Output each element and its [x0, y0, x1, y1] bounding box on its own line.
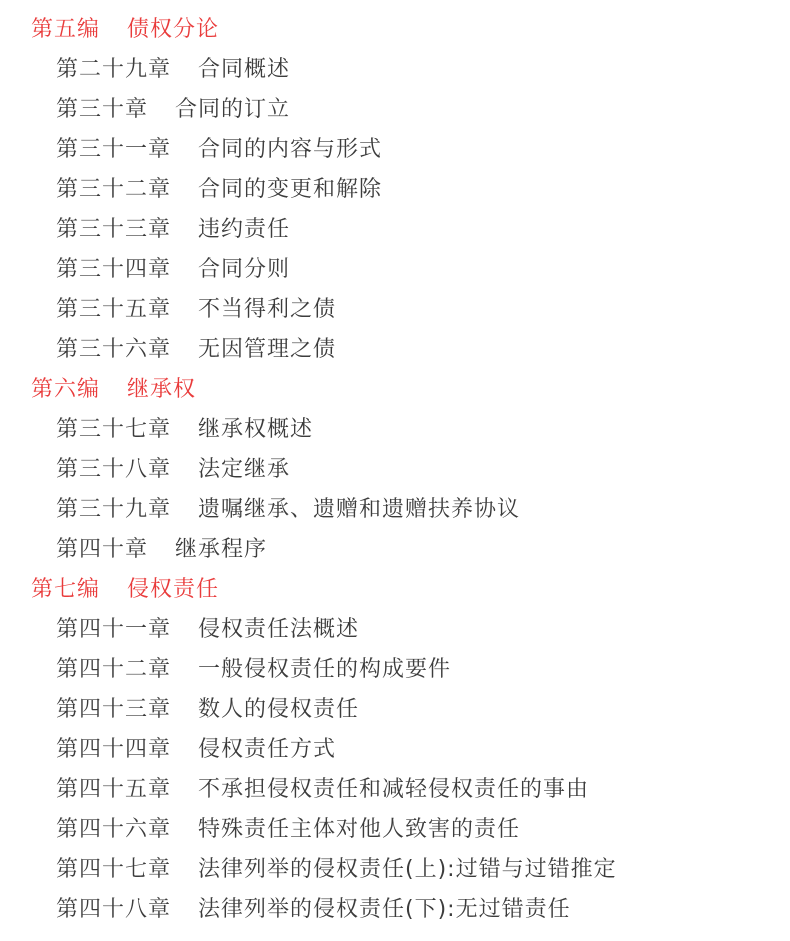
chapter-row: 第三十八章法定继承 — [0, 447, 790, 487]
chapter-row: 第四十三章数人的侵权责任 — [0, 687, 790, 727]
part-header-row: 第六编继承权 — [0, 367, 790, 407]
chapter-number: 第三十二章 — [56, 172, 171, 203]
chapter-row: 第四十二章一般侵权责任的构成要件 — [0, 647, 790, 687]
chapter-number: 第三十四章 — [56, 252, 171, 283]
chapter-number: 第三十三章 — [56, 212, 171, 243]
chapter-row: 第四十五章不承担侵权责任和减轻侵权责任的事由 — [0, 767, 790, 807]
chapter-row: 第二十九章合同概述 — [0, 47, 790, 87]
chapter-title: 合同的变更和解除 — [198, 172, 382, 203]
chapter-number: 第三十章 — [56, 92, 148, 123]
chapter-number: 第三十一章 — [56, 132, 171, 163]
chapter-number: 第三十六章 — [56, 332, 171, 363]
chapter-title: 数人的侵权责任 — [198, 692, 359, 723]
chapter-title: 无因管理之债 — [198, 332, 336, 363]
toc-page: 第五编债权分论第二十九章合同概述第三十章合同的订立第三十一章合同的内容与形式第三… — [0, 0, 790, 941]
chapter-row: 第三十六章无因管理之债 — [0, 327, 790, 367]
chapter-number: 第四十三章 — [56, 692, 171, 723]
chapter-title: 不承担侵权责任和减轻侵权责任的事由 — [198, 772, 589, 803]
chapter-title: 合同分则 — [198, 252, 290, 283]
part-number: 第五编 — [31, 12, 100, 43]
chapter-number: 第四十二章 — [56, 652, 171, 683]
chapter-row: 第三十七章继承权概述 — [0, 407, 790, 447]
chapter-title: 法律列举的侵权责任(上):过错与过错推定 — [198, 852, 617, 883]
chapter-title: 合同概述 — [198, 52, 290, 83]
chapter-row: 第四十章继承程序 — [0, 527, 790, 567]
chapter-title: 继承程序 — [175, 532, 267, 563]
chapter-title: 合同的内容与形式 — [198, 132, 382, 163]
chapter-number: 第四十六章 — [56, 812, 171, 843]
chapter-row: 第三十四章合同分则 — [0, 247, 790, 287]
chapter-number: 第三十九章 — [56, 492, 171, 523]
chapter-number: 第四十七章 — [56, 852, 171, 883]
chapter-title: 不当得利之债 — [198, 292, 336, 323]
chapter-row: 第三十五章不当得利之债 — [0, 287, 790, 327]
chapter-title: 法律列举的侵权责任(下):无过错责任 — [198, 892, 571, 923]
chapter-title: 遗嘱继承、遗赠和遗赠扶养协议 — [198, 492, 520, 523]
chapter-row: 第三十一章合同的内容与形式 — [0, 127, 790, 167]
part-header-row: 第七编侵权责任 — [0, 567, 790, 607]
chapter-row: 第四十六章特殊责任主体对他人致害的责任 — [0, 807, 790, 847]
chapter-row: 第三十九章遗嘱继承、遗赠和遗赠扶养协议 — [0, 487, 790, 527]
part-title: 继承权 — [127, 372, 196, 403]
chapter-number: 第四十章 — [56, 532, 148, 563]
part-title: 侵权责任 — [127, 572, 219, 603]
chapter-row: 第三十二章合同的变更和解除 — [0, 167, 790, 207]
chapter-row: 第四十一章侵权责任法概述 — [0, 607, 790, 647]
chapter-title: 继承权概述 — [198, 412, 313, 443]
part-number: 第六编 — [31, 372, 100, 403]
part-title: 债权分论 — [127, 12, 219, 43]
chapter-title: 法定继承 — [198, 452, 290, 483]
chapter-number: 第三十八章 — [56, 452, 171, 483]
chapter-number: 第二十九章 — [56, 52, 171, 83]
chapter-row: 第四十七章法律列举的侵权责任(上):过错与过错推定 — [0, 847, 790, 887]
chapter-number: 第四十八章 — [56, 892, 171, 923]
chapter-number: 第四十一章 — [56, 612, 171, 643]
chapter-title: 合同的订立 — [175, 92, 290, 123]
chapter-row: 第四十八章法律列举的侵权责任(下):无过错责任 — [0, 887, 790, 927]
part-header-row: 第五编债权分论 — [0, 7, 790, 47]
chapter-row: 第三十三章违约责任 — [0, 207, 790, 247]
chapter-row: 第三十章合同的订立 — [0, 87, 790, 127]
chapter-number: 第三十七章 — [56, 412, 171, 443]
part-number: 第七编 — [31, 572, 100, 603]
chapter-number: 第四十五章 — [56, 772, 171, 803]
chapter-title: 特殊责任主体对他人致害的责任 — [198, 812, 520, 843]
chapter-title: 侵权责任法概述 — [198, 612, 359, 643]
chapter-row: 第四十四章侵权责任方式 — [0, 727, 790, 767]
chapter-title: 一般侵权责任的构成要件 — [198, 652, 451, 683]
chapter-title: 违约责任 — [198, 212, 290, 243]
chapter-number: 第四十四章 — [56, 732, 171, 763]
chapter-title: 侵权责任方式 — [198, 732, 336, 763]
chapter-number: 第三十五章 — [56, 292, 171, 323]
